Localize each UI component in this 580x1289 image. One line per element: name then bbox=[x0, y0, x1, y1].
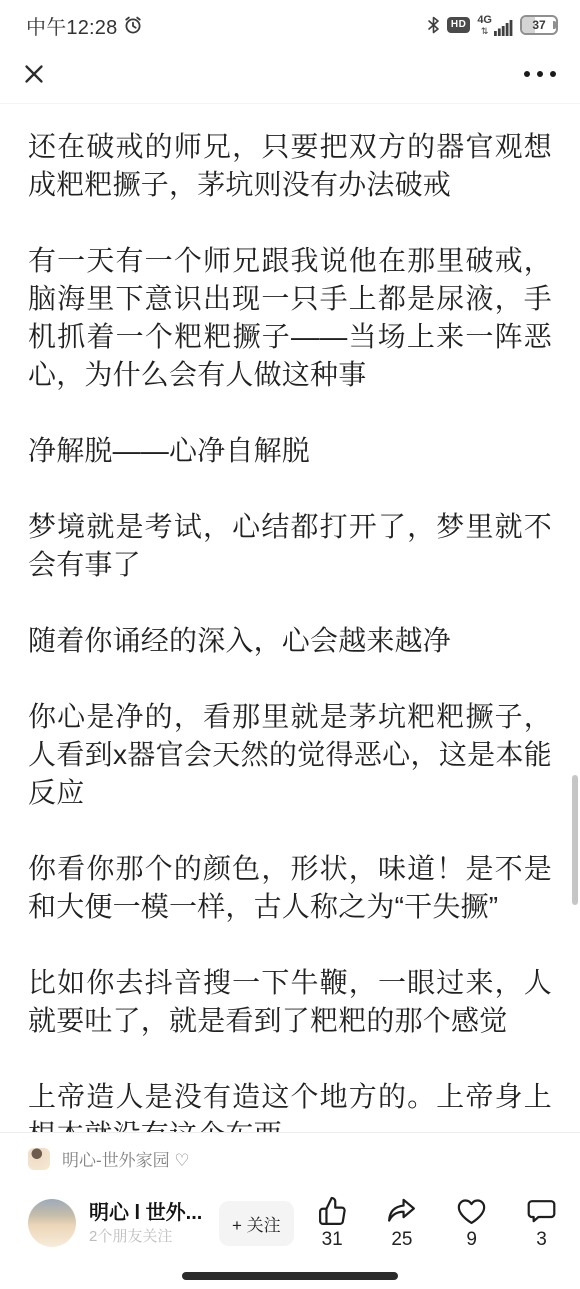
author-avatar[interactable] bbox=[28, 1199, 76, 1247]
author-name[interactable]: 明心 l 世外... bbox=[89, 1202, 207, 1225]
article-paragraph: 净解脱——心净自解脱 bbox=[28, 432, 552, 470]
article-paragraph: 有一天有一个师兄跟我说他在那里破戒，脑海里下意识出现一只手上都是尿液，手机抓着一… bbox=[28, 242, 552, 394]
thumbs-up-icon bbox=[316, 1195, 349, 1228]
author-block[interactable]: 明心 l 世外... 2个朋友关注 bbox=[89, 1202, 207, 1244]
heart-icon bbox=[455, 1195, 488, 1228]
author-mini-avatar[interactable] bbox=[28, 1148, 50, 1170]
home-indicator[interactable] bbox=[182, 1272, 398, 1280]
follow-button[interactable]: + 关注 bbox=[219, 1201, 294, 1246]
like-button[interactable]: 31 bbox=[316, 1195, 349, 1251]
close-x-icon bbox=[22, 62, 46, 86]
article-paragraph: 还在破戒的师兄，只要把双方的器官观想成粑粑撅子，茅坑则没有办法破戒 bbox=[28, 128, 552, 204]
article-paragraph: 随着你诵经的深入，心会越来越净 bbox=[28, 622, 552, 660]
footer-bar: 明心 l 世外... 2个朋友关注 + 关注 31 25 bbox=[0, 1184, 580, 1262]
alarm-clock-icon bbox=[123, 15, 143, 35]
article-paragraph: 比如你去抖音搜一下牛鞭，一眼过来，人就要吐了，就是看到了粑粑的那个感觉 bbox=[28, 964, 552, 1040]
home-indicator-row bbox=[0, 1262, 580, 1289]
comment-count: 3 bbox=[536, 1229, 547, 1251]
like-count: 31 bbox=[322, 1229, 343, 1251]
attribution-row: 明心-世外家园 ♡ bbox=[0, 1132, 580, 1184]
signal-bars-icon: 4G ⇅ bbox=[477, 15, 513, 36]
favorite-button[interactable]: 9 bbox=[455, 1195, 488, 1251]
article-body: 还在破戒的师兄，只要把双方的器官观想成粑粑撅子，茅坑则没有办法破戒 有一天有一个… bbox=[0, 104, 580, 1132]
battery-level: 37 bbox=[522, 17, 556, 33]
network-type-label: 4G bbox=[477, 15, 492, 26]
battery-icon: 37 bbox=[520, 15, 556, 35]
author-followers-note: 2个朋友关注 bbox=[89, 1229, 207, 1244]
article-paragraph: 上帝造人是没有造这个地方的。上帝身上根本就没有这个东西 bbox=[28, 1078, 552, 1132]
favorite-count: 9 bbox=[466, 1229, 477, 1251]
share-arrow-icon bbox=[385, 1195, 418, 1228]
network-activity-arrows-icon: ⇅ bbox=[481, 27, 489, 36]
three-dots-menu-icon bbox=[524, 71, 556, 77]
comment-bubble-icon bbox=[525, 1195, 558, 1228]
article-paragraph: 你看你那个的颜色，形状，味道！是不是和大便一模一样，古人称之为“干失撅” bbox=[28, 850, 552, 926]
close-button[interactable] bbox=[18, 58, 50, 90]
bluetooth-icon bbox=[427, 16, 440, 34]
article-paragraph: 你心是净的，看那里就是茅坑粑粑撅子，人看到x器官会天然的觉得恶心，这是本能反应 bbox=[28, 698, 552, 812]
status-bar: 中午12:28 HD 4G ⇅ bbox=[0, 0, 580, 44]
hd-badge: HD bbox=[447, 17, 470, 33]
article-paragraph: 梦境就是考试，心结都打开了，梦里就不会有事了 bbox=[28, 508, 552, 584]
action-buttons: 31 25 9 3 bbox=[294, 1195, 558, 1251]
more-options-button[interactable] bbox=[520, 67, 560, 81]
nav-bar bbox=[0, 44, 580, 104]
share-button[interactable]: 25 bbox=[385, 1195, 418, 1251]
share-count: 25 bbox=[391, 1229, 412, 1251]
scrollbar-thumb[interactable] bbox=[572, 775, 578, 905]
comment-button[interactable]: 3 bbox=[525, 1195, 558, 1251]
attribution-author-name[interactable]: 明心-世外家园 ♡ bbox=[62, 1146, 190, 1171]
status-time: 中午12:28 bbox=[26, 11, 117, 40]
